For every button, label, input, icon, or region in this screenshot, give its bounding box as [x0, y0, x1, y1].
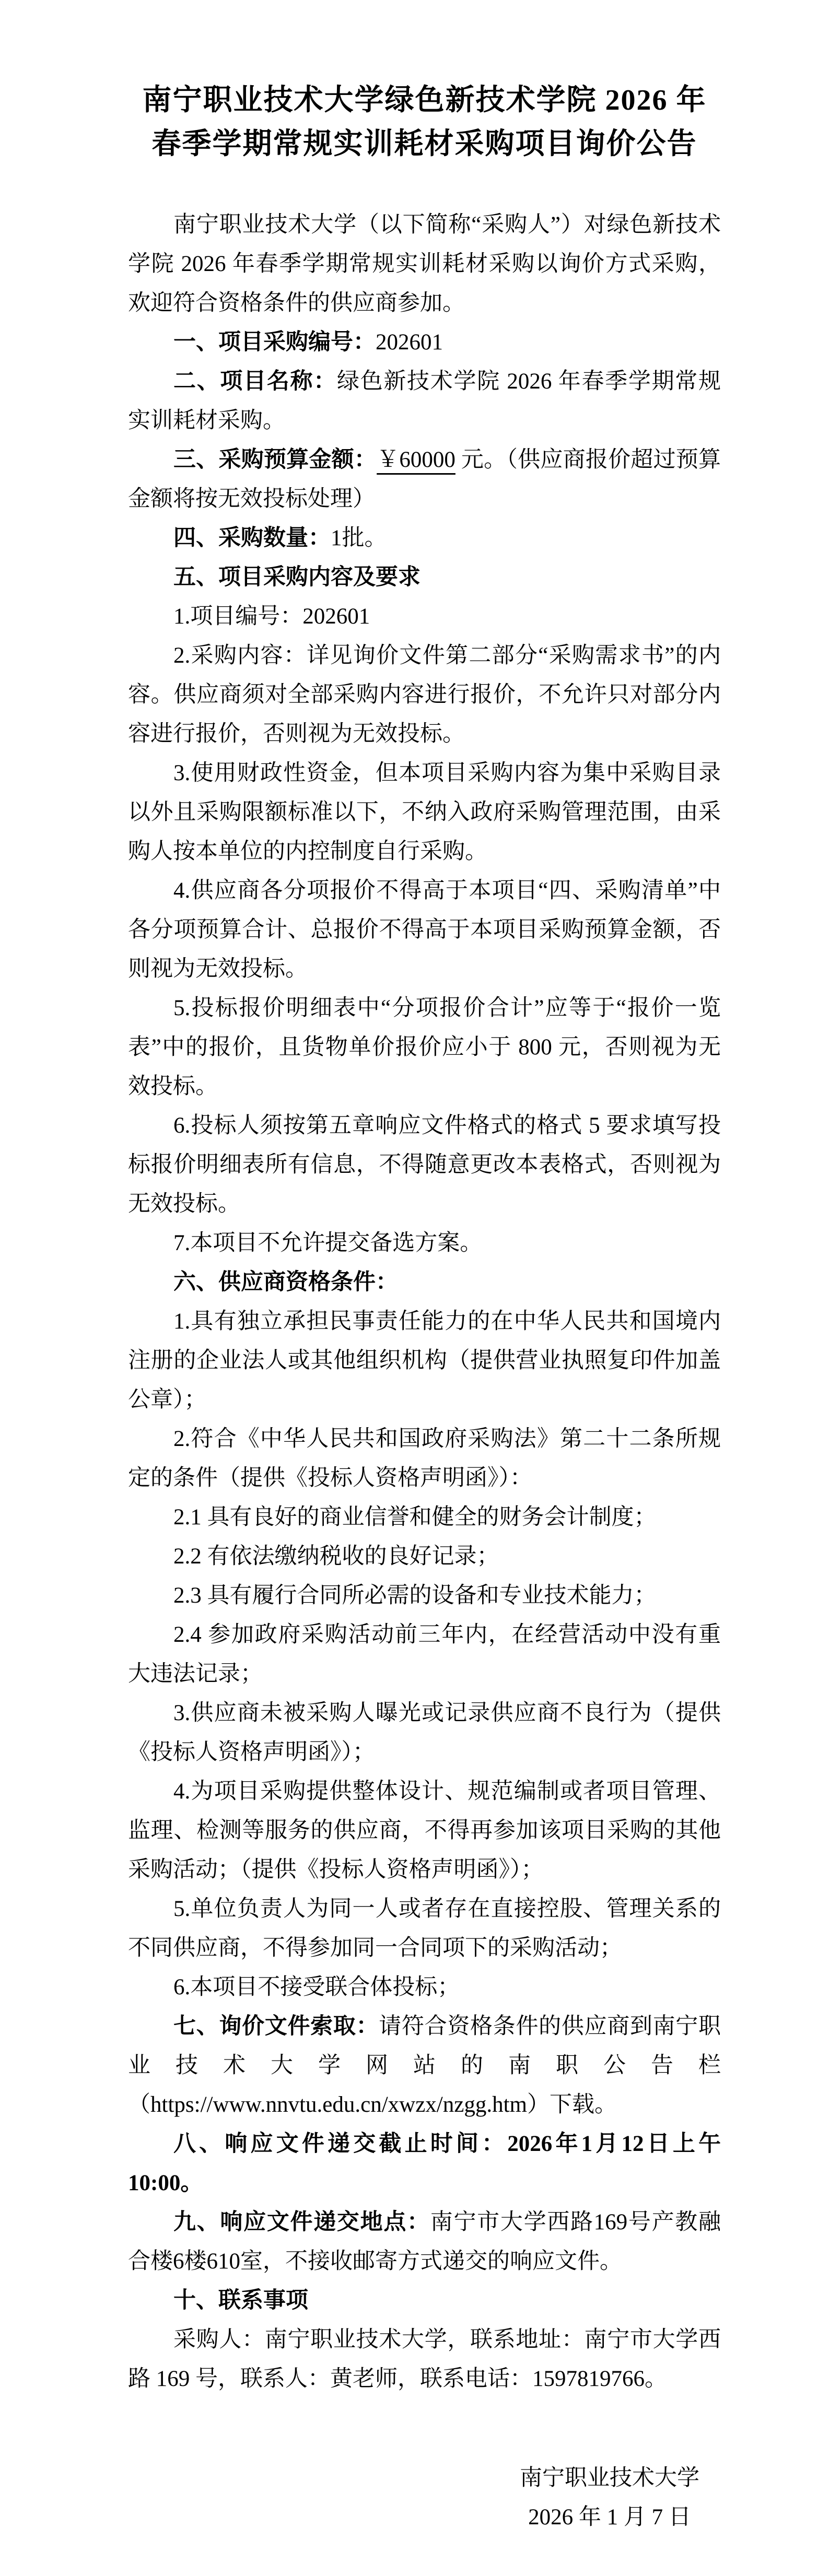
text-segment: ￥60000 [377, 448, 456, 472]
document-body: 南宁职业技术大学（以下简称“采购人”）对绿色新技术学院 2026 年春季学期常规… [128, 205, 721, 2398]
clause-6-2-4-no-violation: 2.4 参加政府采购活动前三年内，在经营活动中没有重大违法记录； [128, 1615, 721, 1693]
clause-6-2-law-article22: 2.符合《中华人民共和国政府采购法》第二十二条所规定的条件（提供《投标人资格声明… [128, 1419, 721, 1498]
document-title: 南宁职业技术大学绿色新技术学院 2026 年 春季学期常规实训耗材采购项目询价公… [128, 78, 721, 166]
clause-6-2-2-tax: 2.2 有依法缴纳税收的良好记录； [128, 1537, 721, 1576]
clause-5-7-no-alternative: 7.本项目不允许提交备选方案。 [128, 1224, 721, 1263]
clause-6-1-legal-entity: 1.具有独立承担民事责任能力的在中华人民共和国境内注册的企业法人或其他组织机构（… [128, 1302, 721, 1419]
text-segment: 202601 [376, 330, 443, 355]
text-segment: 6.本项目不接受联合体投标； [173, 1975, 460, 1999]
section-label: 七、询价文件索取： [173, 2014, 379, 2039]
signature-block: 南宁职业技术大学 2026 年 1 月 7 日 [510, 2459, 709, 2537]
contact-details: 采购人：南宁职业技术大学，联系地址：南宁市大学西路 169 号，联系人：黄老师，… [128, 2320, 721, 2398]
text-segment: 5.投标报价明细表中“分项报价合计”应等于“报价一览表”中的报价，且货物单价报价… [128, 996, 721, 1099]
clause-5-2-content: 2.采购内容：详见询价文件第二部分“采购需求书”的内容。供应商须对全部采购内容进… [128, 636, 721, 754]
section-9-delivery-place: 九、响应文件递交地点：南宁市大学西路169号产教融合楼6楼610室，不接收邮寄方… [128, 2203, 721, 2281]
section-10-contact-heading: 十、联系事项 [128, 2281, 721, 2320]
section-3-budget-amount: 三、采购预算金额：￥60000 元。（供应商报价超过预算金额将按无效投标处理） [128, 440, 721, 519]
text-segment: 3.使用财政性资金，但本项目采购内容为集中采购目录以外且采购限额标准以下，不纳入… [128, 761, 721, 864]
clause-6-2-1-credit: 2.1 具有良好的商业信誉和健全的财务会计制度； [128, 1498, 721, 1537]
procurement-notice-url: https://www.nnvtu.edu.cn/xwzx/nzgg.htm [150, 2092, 527, 2117]
clause-5-5-quote-detail: 5.投标报价明细表中“分项报价合计”应等于“报价一览表”中的报价，且货物单价报价… [128, 989, 721, 1106]
clause-5-1-project-code: 1.项目编号：202601 [128, 597, 721, 636]
section-label: 九、响应文件递交地点： [173, 2209, 430, 2234]
section-label: 二、项目名称： [173, 369, 337, 394]
clause-6-3-no-bad-record: 3.供应商未被采购人曝光或记录供应商不良行为（提供《投标人资格声明函》）； [128, 1693, 721, 1772]
clause-6-6-no-consortium: 6.本项目不接受联合体投标； [128, 1968, 721, 2007]
section-label: 八、响应文件递交截止时间： [173, 2131, 507, 2156]
text-segment: 5.单位负责人为同一人或者存在直接控股、管理关系的不同供应商，不得参加同一合同项… [128, 1897, 721, 1960]
text-segment: 2.符合《中华人民共和国政府采购法》第二十二条所规定的条件（提供《投标人资格声明… [128, 1427, 721, 1490]
section-label: 一、项目采购编号： [173, 330, 376, 355]
section-label: 六、供应商资格条件： [173, 1269, 398, 1295]
text-segment: 6.投标人须按第五章响应文件格式的格式 5 要求填写投标报价明细表所有信息，不得… [128, 1113, 721, 1216]
clause-5-6-format: 6.投标人须按第五章响应文件格式的格式 5 要求填写投标报价明细表所有信息，不得… [128, 1106, 721, 1224]
text-segment: 2.采购内容：详见询价文件第二部分“采购需求书”的内容。供应商须对全部采购内容进… [128, 643, 721, 746]
text-segment: 1批。 [331, 526, 387, 550]
document-page: 南宁职业技术大学绿色新技术学院 2026 年 春季学期常规实训耗材采购项目询价公… [0, 0, 829, 2576]
text-segment: 3.供应商未被采购人曝光或记录供应商不良行为（提供《投标人资格声明函》）； [128, 1701, 721, 1765]
section-label: 十、联系事项 [173, 2288, 308, 2313]
text-segment: 采购人：南宁职业技术大学，联系地址：南宁市大学西路 169 号，联系人：黄老师，… [128, 2327, 721, 2391]
clause-5-3-funding: 3.使用财政性资金，但本项目采购内容为集中采购目录以外且采购限额标准以下，不纳入… [128, 754, 721, 871]
signature-org: 南宁职业技术大学 [510, 2459, 709, 2498]
section-5-heading: 五、项目采购内容及要求 [128, 558, 721, 597]
text-segment: 南宁职业技术大学（以下简称“采购人”）对绿色新技术学院 2026 年春季学期常规… [128, 213, 721, 315]
text-segment: 2.1 具有良好的商业信誉和健全的财务会计制度； [173, 1505, 657, 1530]
title-line-2: 春季学期常规实训耗材采购项目询价公告 [128, 122, 721, 166]
section-1-procurement-number: 一、项目采购编号：202601 [128, 323, 721, 362]
section-label: 三、采购预算金额： [173, 447, 377, 472]
section-7-document-access: 七、询价文件索取：请符合资格条件的供应商到南宁职业技术大学网站的南职公告栏（ht… [128, 2007, 721, 2124]
intro-paragraph: 南宁职业技术大学（以下简称“采购人”）对绿色新技术学院 2026 年春季学期常规… [128, 205, 721, 323]
text-segment: 1.具有独立承担民事责任能力的在中华人民共和国境内注册的企业法人或其他组织机构（… [128, 1309, 721, 1412]
title-line-1: 南宁职业技术大学绿色新技术学院 2026 年 [128, 78, 721, 122]
clause-6-2-3-equipment: 2.3 具有履行合同所必需的设备和专业技术能力； [128, 1576, 721, 1615]
section-4-quantity: 四、采购数量：1批。 [128, 519, 721, 558]
text-segment: 4.为项目采购提供整体设计、规范编制或者项目管理、监理、检测等服务的供应商，不得… [128, 1779, 721, 1882]
section-label: 五、项目采购内容及要求 [173, 564, 421, 590]
clause-5-4-price-limit: 4.供应商各分项报价不得高于本项目“四、采购清单”中各分项预算合计、总报价不得高… [128, 871, 721, 989]
text-segment: ）下载。 [527, 2092, 617, 2117]
section-label: 四、采购数量： [173, 525, 331, 550]
text-segment: 2.4 参加政府采购活动前三年内，在经营活动中没有重大违法记录； [128, 1622, 721, 1686]
text-segment: 2.2 有依法缴纳税收的良好记录； [173, 1544, 499, 1569]
signature-date: 2026 年 1 月 7 日 [510, 2498, 709, 2537]
text-segment: 7.本项目不允许提交备选方案。 [173, 1231, 482, 1255]
section-2-project-name: 二、项目名称：绿色新技术学院 2026 年春季学期常规实训耗材采购。 [128, 362, 721, 440]
text-segment: 4.供应商各分项报价不得高于本项目“四、采购清单”中各分项预算合计、总报价不得高… [128, 878, 721, 981]
text-segment: 1.项目编号：202601 [173, 604, 370, 629]
text-segment: 2.3 具有履行合同所必需的设备和专业技术能力； [173, 1583, 657, 1608]
clause-6-5-same-principal: 5.单位负责人为同一人或者存在直接控股、管理关系的不同供应商，不得参加同一合同项… [128, 1889, 721, 1968]
clause-6-4-service-conflict: 4.为项目采购提供整体设计、规范编制或者项目管理、监理、检测等服务的供应商，不得… [128, 1772, 721, 1889]
section-8-deadline: 八、响应文件递交截止时间：2026年1月12日上午10:00。 [128, 2124, 721, 2203]
section-6-heading: 六、供应商资格条件： [128, 1263, 721, 1302]
